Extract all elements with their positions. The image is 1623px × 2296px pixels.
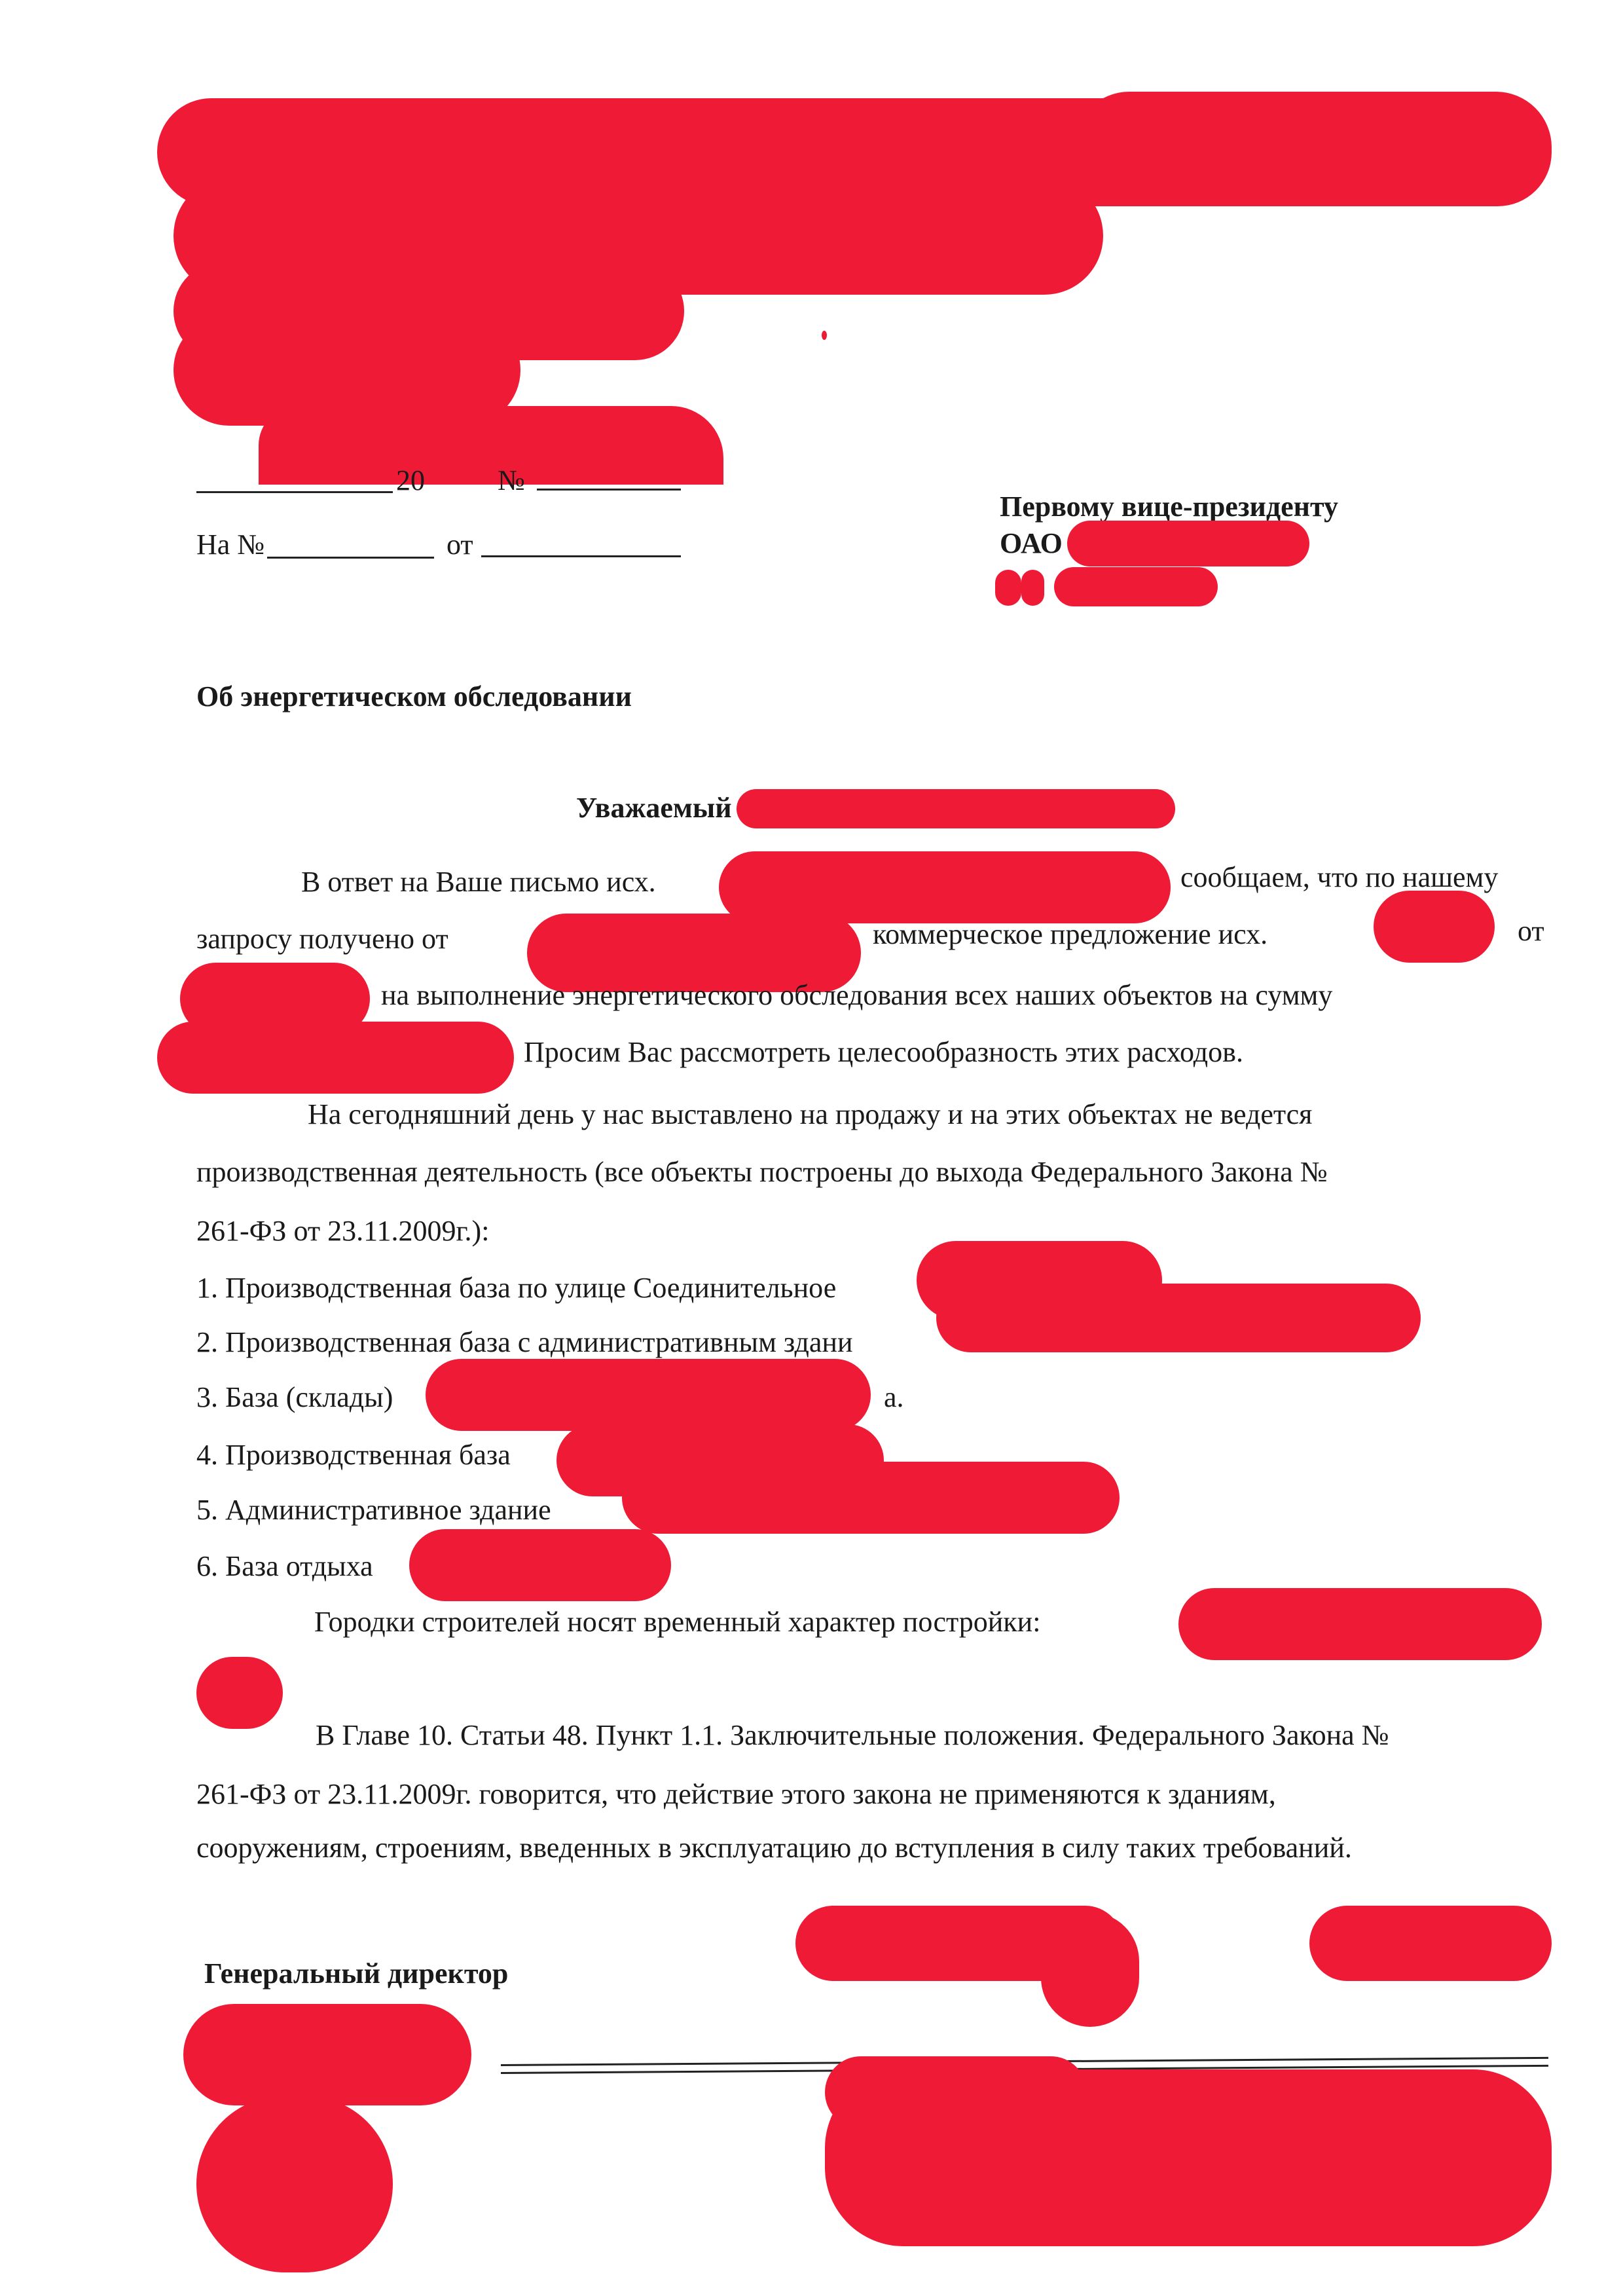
redacted-signature bbox=[1309, 1906, 1552, 1981]
redacted-amount bbox=[157, 1022, 514, 1094]
para4-line1: В Главе 10. Статьи 48. Пункт 1.1. Заключ… bbox=[316, 1721, 1389, 1750]
redacted-signature bbox=[1041, 1912, 1139, 2027]
para1-line1-start: В ответ на Ваше письмо исх. bbox=[301, 868, 656, 897]
object-item-3: 3. База (склады) bbox=[196, 1383, 393, 1412]
outgoing-number-label: № bbox=[498, 466, 525, 495]
redacted-footer bbox=[196, 2096, 393, 2272]
redacted-address bbox=[426, 1359, 871, 1431]
para1-line3: на выполнение энергетического обследован… bbox=[381, 981, 1332, 1010]
redacted-letterhead bbox=[1074, 92, 1552, 203]
redacted-address bbox=[622, 1462, 1120, 1534]
para3: Городки строителей носят временный харак… bbox=[314, 1608, 1040, 1637]
object-item-4: 4. Производственная база bbox=[196, 1441, 511, 1470]
redacted-address bbox=[936, 1284, 1421, 1352]
redacted-list bbox=[1178, 1588, 1542, 1660]
signatory-title: Генеральный директор bbox=[204, 1959, 508, 1988]
redacted-addressee bbox=[995, 570, 1021, 606]
redacted-addressee bbox=[1021, 570, 1044, 606]
reply-number-label: На № bbox=[196, 530, 264, 559]
object-item-5: 5. Административное здание bbox=[196, 1496, 551, 1525]
addressee-line2: ОАО bbox=[1000, 529, 1063, 558]
date-underline bbox=[196, 491, 393, 493]
redacted-list bbox=[196, 1657, 283, 1729]
redacted-recipient-name bbox=[737, 789, 1175, 828]
redacted-addressee bbox=[1067, 521, 1309, 566]
salutation: Уважаемый bbox=[576, 794, 732, 823]
reply-number-underline bbox=[267, 557, 434, 559]
para4-line3: сооружениям, строениям, введенных в эксп… bbox=[196, 1834, 1352, 1862]
number-underline bbox=[537, 489, 681, 491]
redacted-address bbox=[409, 1529, 671, 1601]
para1-line2-c: от bbox=[1518, 917, 1544, 946]
para2-line3: 261-ФЗ от 23.11.2009г.): bbox=[196, 1217, 489, 1246]
letter-page: 20 № На № от Первому вице-президенту ОАО… bbox=[0, 0, 1623, 2296]
para1-line1-end: сообщаем, что по нашему bbox=[1180, 863, 1498, 892]
addressee-line1: Первому вице-президенту bbox=[1000, 492, 1338, 521]
redacted-footer bbox=[183, 2004, 471, 2105]
redacted-letterhead bbox=[259, 406, 723, 485]
para1-line2-a: запросу получено от bbox=[196, 925, 448, 954]
para1-line4: Просим Вас рассмотреть целесообразность … bbox=[524, 1038, 1243, 1067]
reply-date-underline bbox=[481, 555, 681, 557]
para2-line1: На сегодняшний день у нас выставлено на … bbox=[308, 1100, 1312, 1129]
para1-line2-b: коммерческое предложение исх. bbox=[873, 920, 1267, 949]
object-item-2: 2. Производственная база с административ… bbox=[196, 1328, 853, 1357]
para4-line2: 261-ФЗ от 23.11.2009г. говорится, что де… bbox=[196, 1780, 1276, 1809]
redacted-number bbox=[1374, 891, 1495, 963]
object-item-1: 1. Производственная база по улице Соедин… bbox=[196, 1274, 836, 1303]
object-item-6: 6. База отдыха bbox=[196, 1552, 373, 1581]
letter-subject: Об энергетическом обследовании bbox=[196, 682, 632, 711]
redacted-footer bbox=[825, 2056, 1087, 2128]
stray-mark bbox=[822, 331, 827, 340]
redacted-ref bbox=[719, 851, 1171, 923]
reply-from-label: от bbox=[447, 530, 473, 559]
para2-line2: производственная деятельность (все объек… bbox=[196, 1158, 1328, 1187]
outgoing-year: 20 bbox=[396, 466, 425, 495]
object-item-3-tail: а. bbox=[884, 1383, 904, 1412]
redacted-addressee bbox=[1054, 567, 1218, 606]
